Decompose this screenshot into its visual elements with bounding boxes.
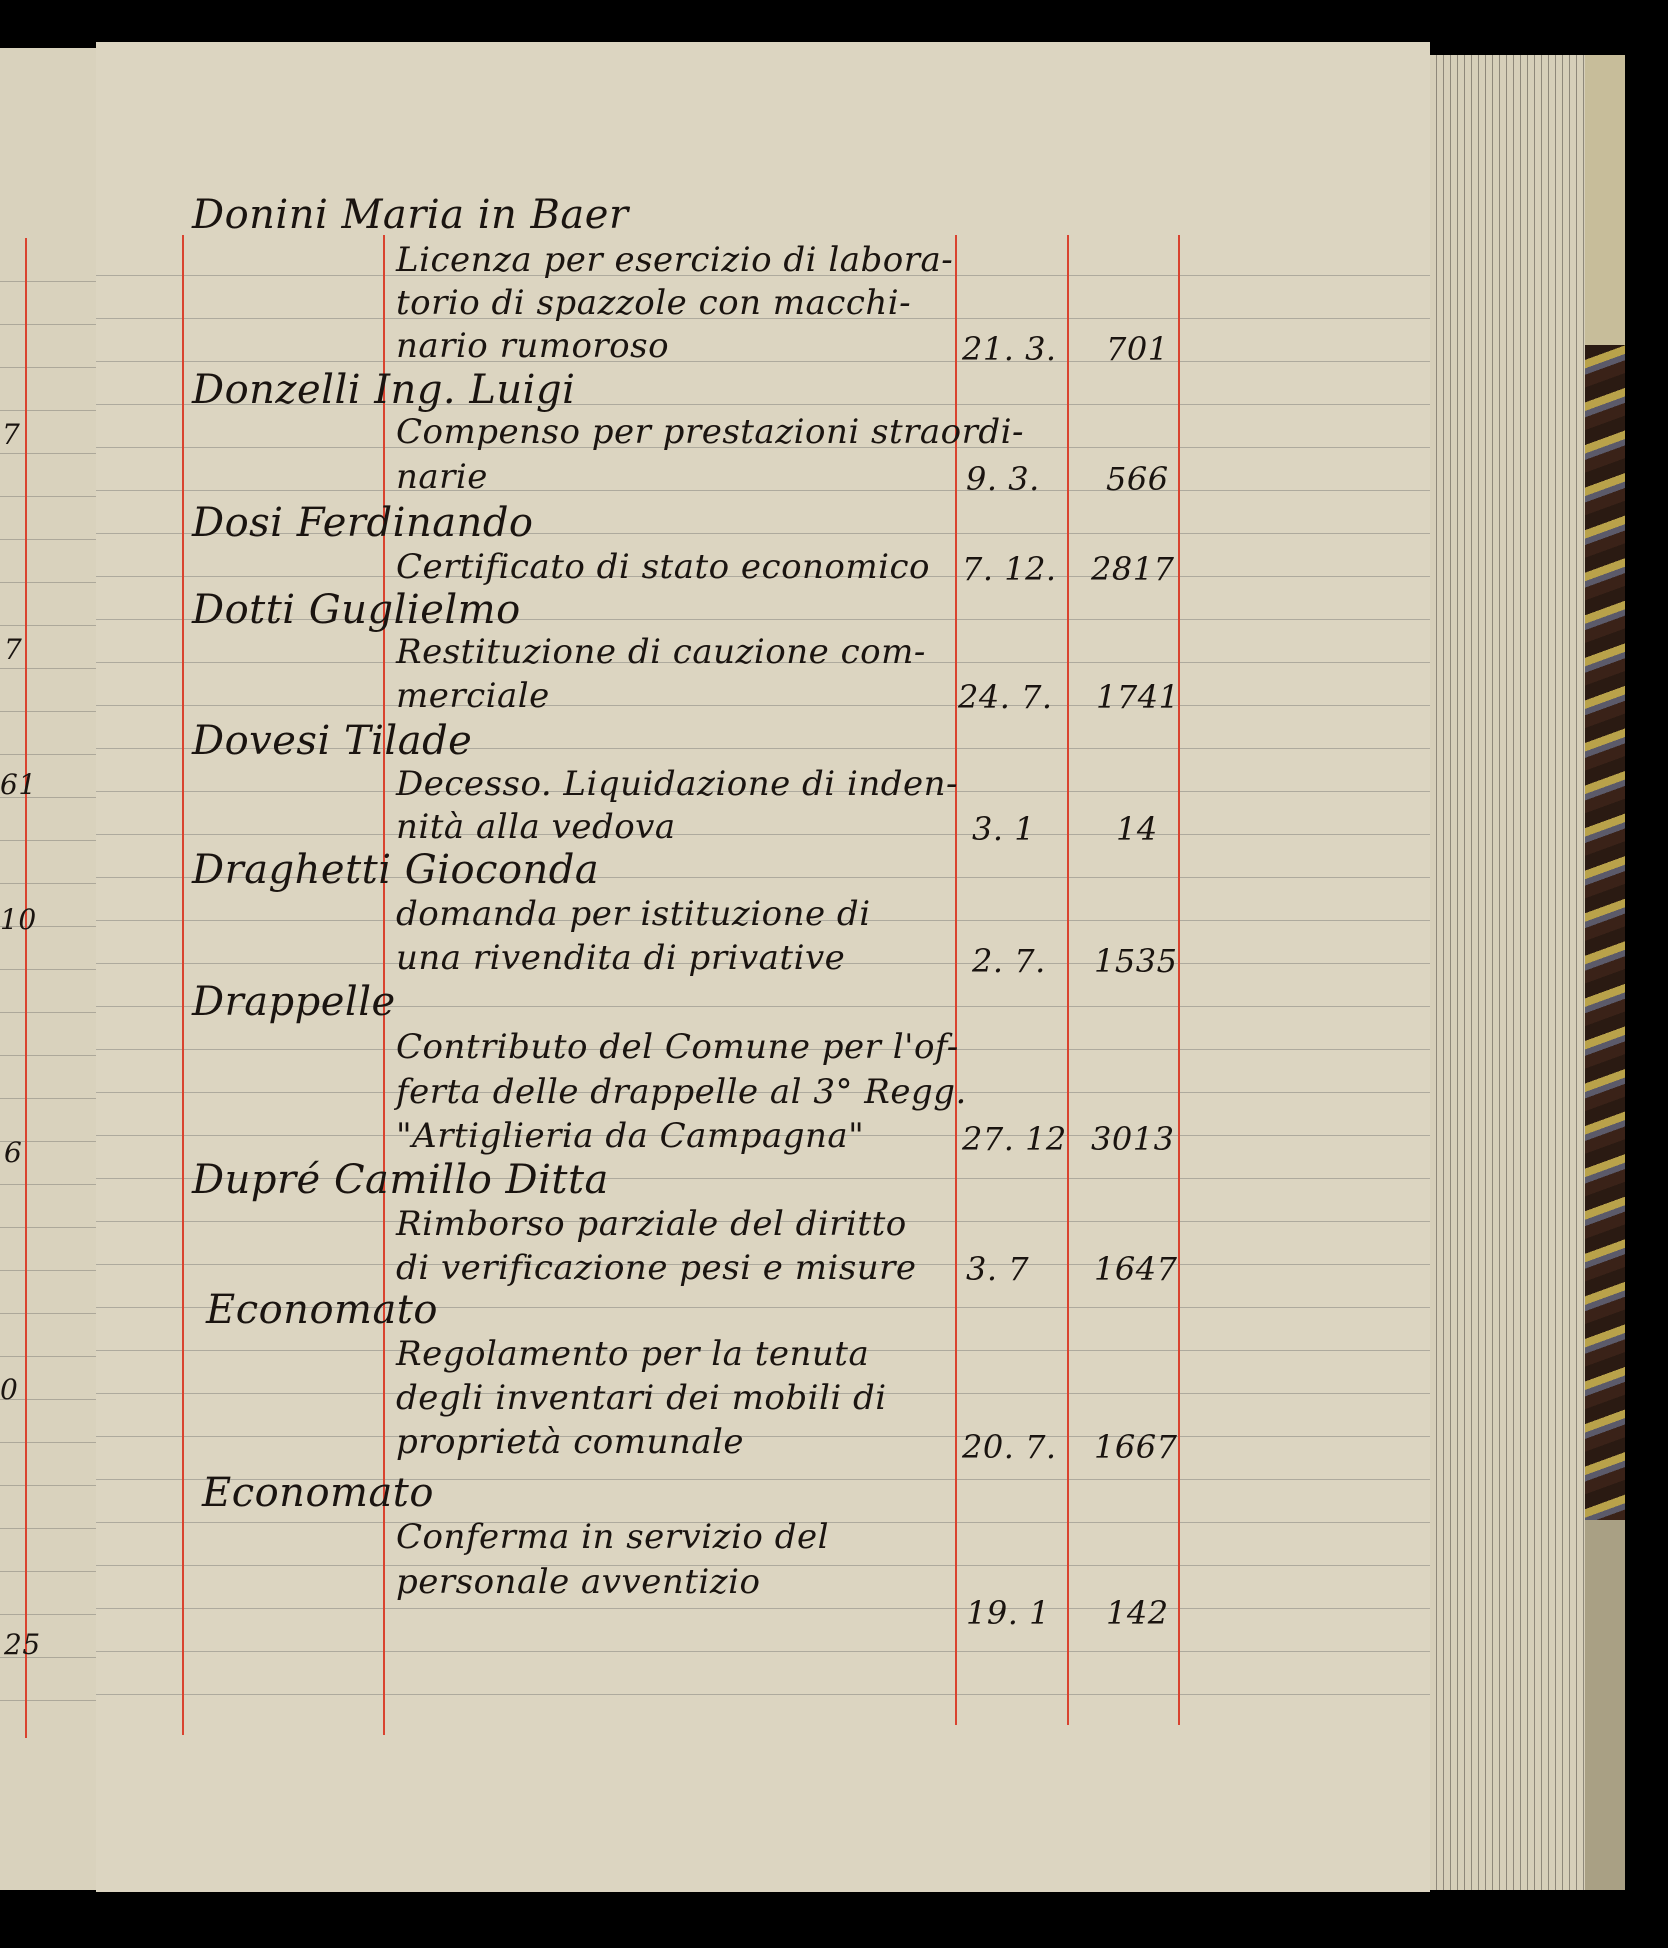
- fragment-number: 7: [2, 418, 20, 451]
- entry-number: 142: [1106, 1594, 1169, 1632]
- entry-description: Contributo del Comune per l'of-: [396, 1027, 959, 1067]
- entry-description: personale avventizio: [396, 1562, 761, 1602]
- entry-description: torio di spazzole con macchi-: [396, 283, 911, 323]
- book-binding-marbled: [1585, 345, 1625, 1520]
- entry-description: Licenza per esercizio di labora-: [396, 240, 953, 280]
- entry-description: Regolamento per la tenuta: [396, 1334, 869, 1374]
- entry-description: una rivendita di privative: [396, 938, 845, 978]
- entry-date: 21. 3.: [962, 330, 1057, 368]
- entry-number: 1667: [1094, 1428, 1177, 1466]
- red-column-rule-3: [955, 235, 957, 1725]
- entry-description: proprietà comunale: [396, 1422, 744, 1462]
- fragment-number: 25: [4, 1628, 41, 1661]
- red-column-rule-5: [1178, 235, 1180, 1725]
- red-column-rule-1: [182, 235, 184, 1735]
- register-page: Donini Maria in Baer Licenza per eserciz…: [96, 42, 1430, 1892]
- entry-name: Economato: [206, 1287, 438, 1333]
- entry-name: Draghetti Gioconda: [192, 847, 599, 893]
- entry-description: nario rumoroso: [396, 326, 669, 366]
- entry-name: Donini Maria in Baer: [192, 192, 629, 238]
- entry-number: 1741: [1096, 678, 1179, 716]
- entry-description: domanda per istituzione di: [396, 894, 871, 934]
- entry-name: Dovesi Tilade: [192, 718, 472, 764]
- entry-description: narie: [396, 457, 488, 497]
- entry-description: "Artiglieria da Campagna": [396, 1116, 864, 1156]
- fragment-number: 7: [4, 633, 22, 666]
- entry-description: di verificazione pesi e misure: [396, 1248, 917, 1288]
- red-margin-rule: [25, 238, 27, 1738]
- entry-date: 7. 12.: [962, 550, 1057, 588]
- fragment-number: 6: [4, 1136, 22, 1169]
- entry-description: merciale: [396, 676, 550, 716]
- ruled-lines: [0, 239, 96, 1739]
- entry-description: Decesso. Liquidazione di inden-: [396, 764, 958, 804]
- entry-description: nità alla vedova: [396, 807, 676, 847]
- entry-name: Donzelli Ing. Luigi: [192, 367, 575, 413]
- entry-description: Rimborso parziale del diritto: [396, 1204, 907, 1244]
- fragment-number: 10: [0, 903, 37, 936]
- entry-date: 24. 7.: [958, 678, 1053, 716]
- entry-name: Drappelle: [192, 979, 396, 1025]
- entry-description: Conferma in servizio del: [396, 1517, 829, 1557]
- entry-name: Dotti Guglielmo: [192, 587, 521, 633]
- previous-page: 7 7 61 10 6 0 25: [0, 48, 97, 1890]
- entry-description: Compenso per prestazioni straordi-: [396, 412, 1024, 452]
- entry-description: Restituzione di cauzione com-: [396, 632, 926, 672]
- entry-number: 14: [1116, 810, 1158, 848]
- red-column-rule-4: [1067, 235, 1069, 1725]
- fragment-number: 0: [0, 1373, 18, 1406]
- entry-date: 27. 12: [962, 1120, 1067, 1158]
- entry-name: Economato: [202, 1470, 434, 1516]
- entry-name: Dosi Ferdinando: [192, 500, 534, 546]
- entry-name: Dupré Camillo Ditta: [192, 1157, 609, 1203]
- entry-number: 2817: [1091, 550, 1174, 588]
- bottom-margin: [96, 1732, 1430, 1892]
- book-binding-leather-top: [1585, 55, 1625, 345]
- book-binding-leather-bottom: [1585, 1520, 1625, 1890]
- entry-description: ferta delle drappelle al 3° Regg.: [396, 1072, 967, 1112]
- entry-date: 9. 3.: [966, 460, 1040, 498]
- entry-date: 2. 7.: [972, 942, 1046, 980]
- entry-description: degli inventari dei mobili di: [396, 1378, 887, 1418]
- entry-date: 3. 1: [972, 810, 1035, 848]
- entry-number: 1535: [1094, 942, 1177, 980]
- entry-date: 19. 1: [966, 1594, 1050, 1632]
- entry-number: 566: [1106, 460, 1169, 498]
- entry-number: 3013: [1091, 1120, 1174, 1158]
- entry-date: 3. 7: [966, 1250, 1029, 1288]
- entry-number: 701: [1106, 330, 1169, 368]
- entry-date: 20. 7.: [962, 1428, 1057, 1466]
- entry-description: Certificato di stato economico: [396, 547, 930, 587]
- fragment-number: 61: [0, 768, 37, 801]
- entry-number: 1647: [1094, 1250, 1177, 1288]
